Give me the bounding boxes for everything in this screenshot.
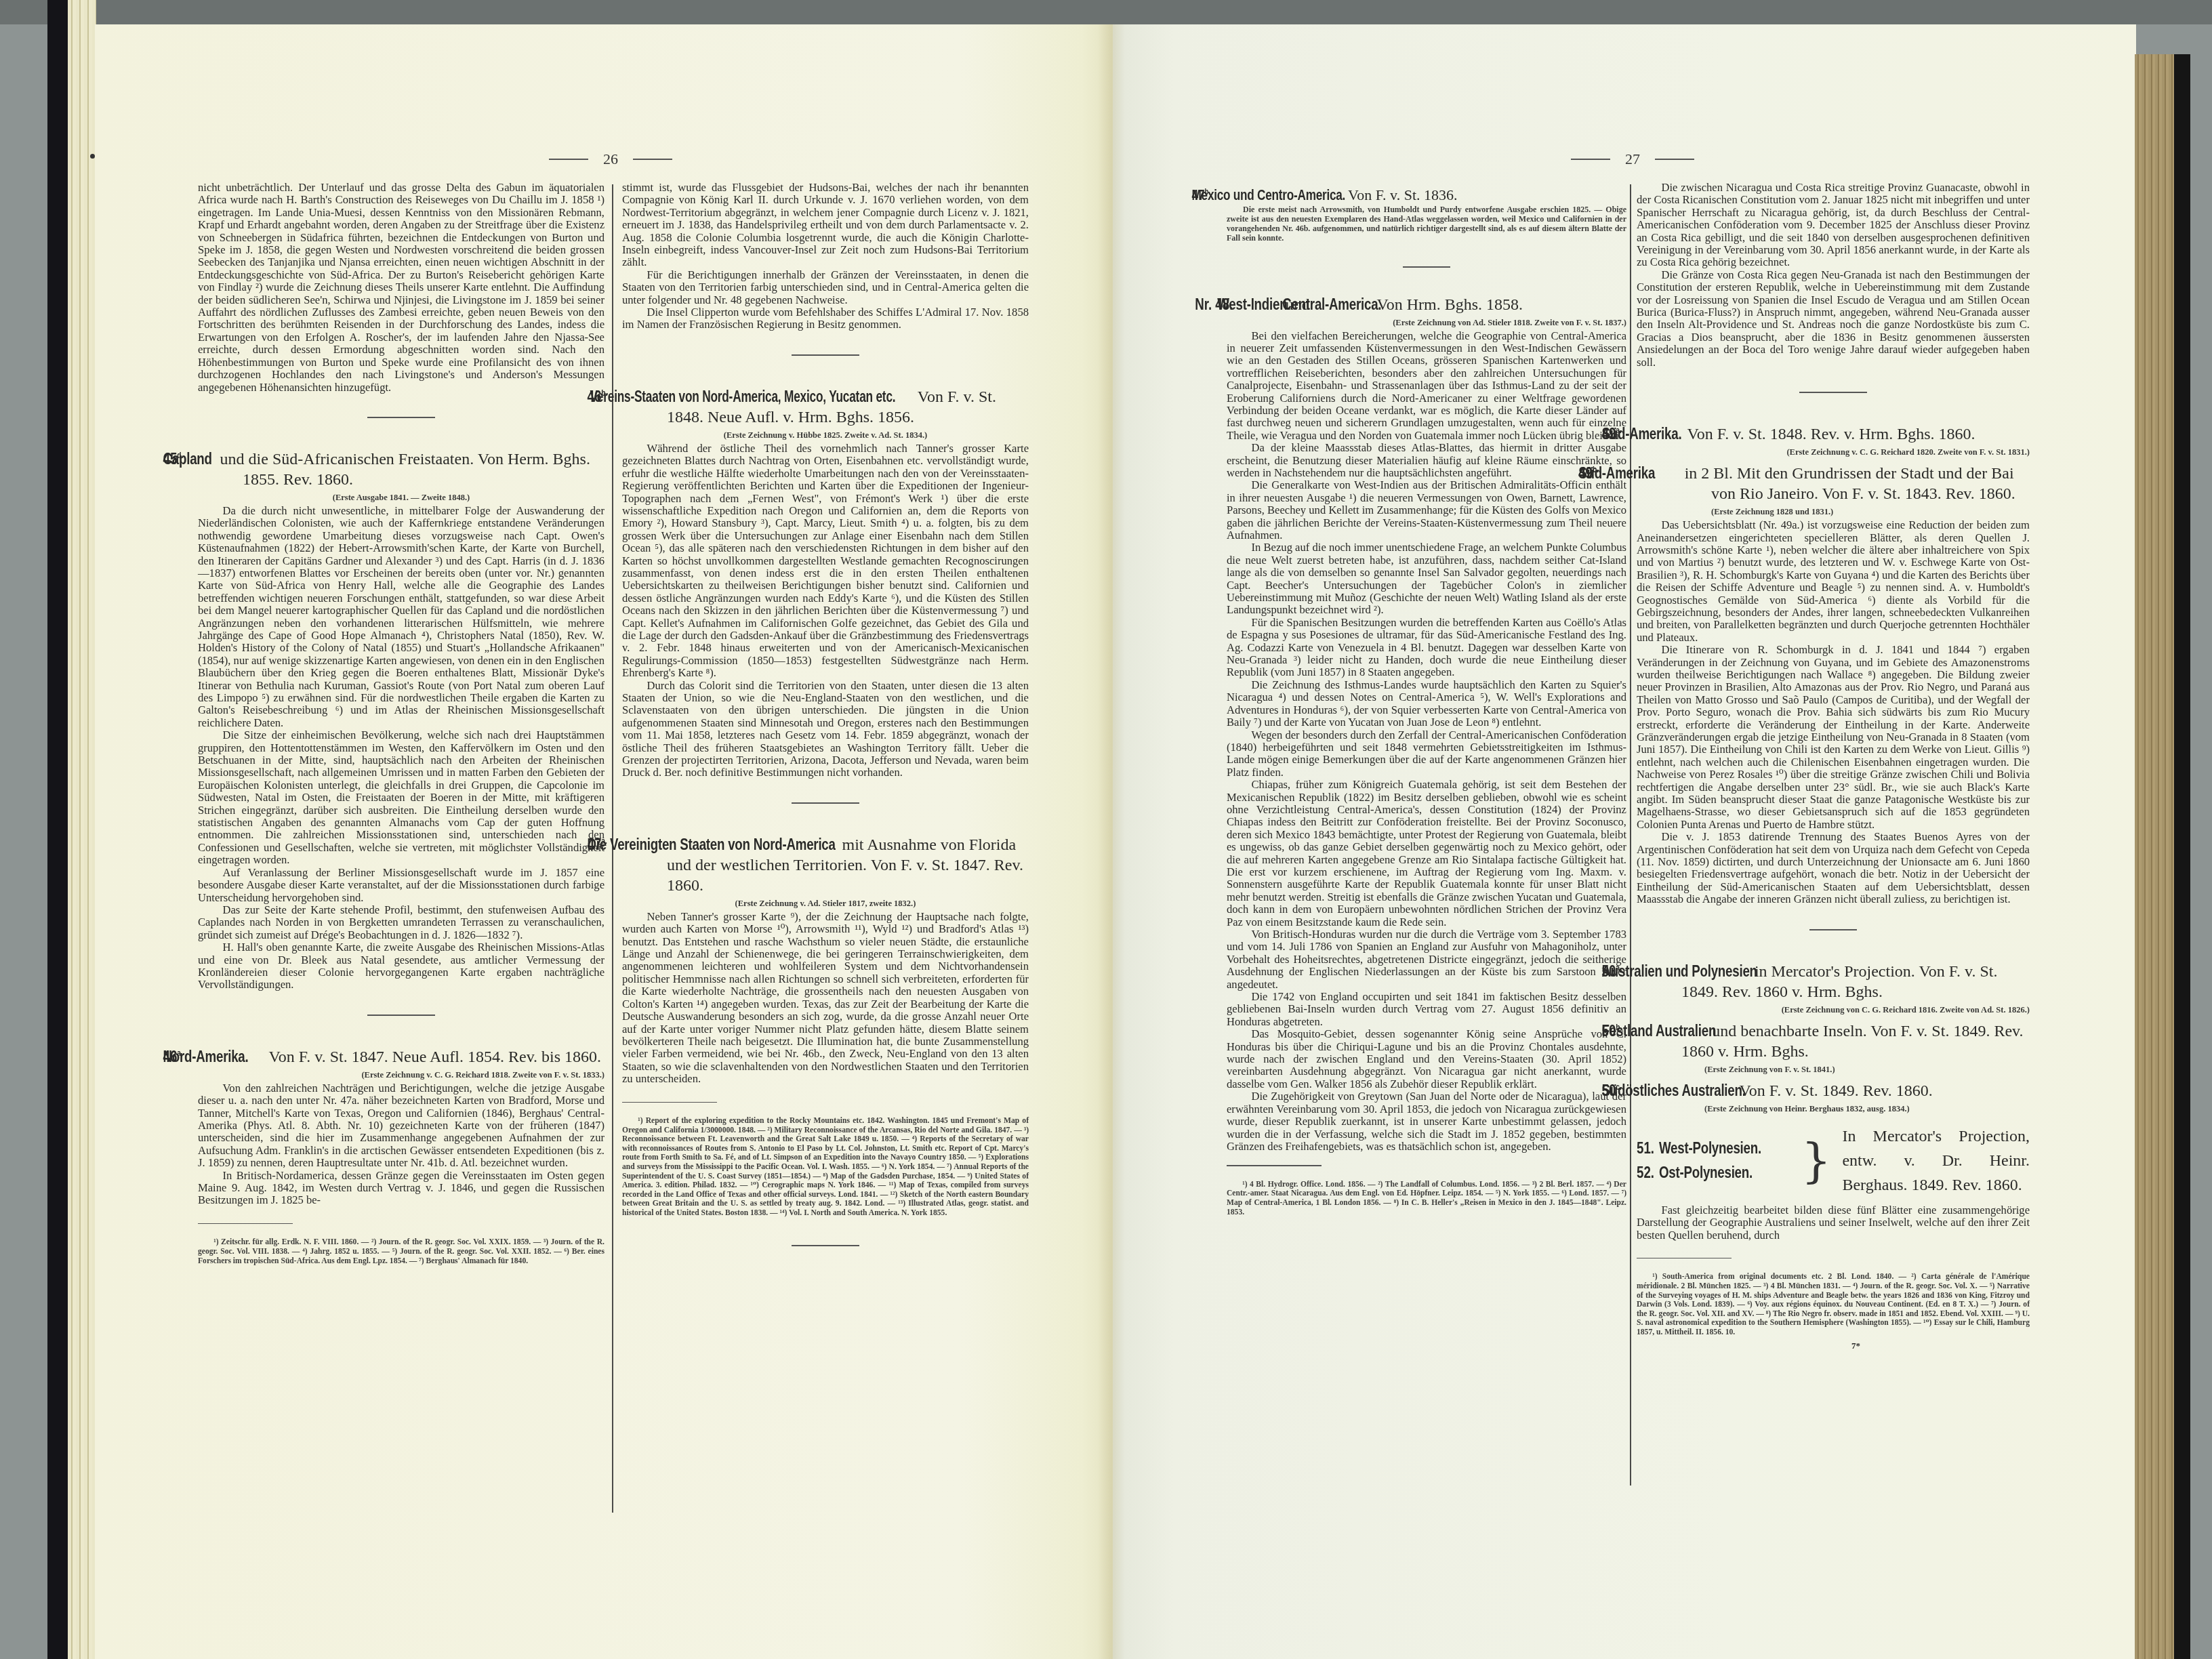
paragraph: Da die durch nicht unwesentliche, in mit… xyxy=(198,505,605,729)
paragraph: Für die Spanischen Besitzungen wurden di… xyxy=(1227,617,1626,679)
paragraph: Neben Tanner's grosser Karte ⁹), der die… xyxy=(622,911,1029,1086)
shared-description: In Mercator's Projection, entw. v. Dr. H… xyxy=(1842,1124,2030,1197)
section-separator xyxy=(367,1015,435,1016)
source-note: (Erste Zeichnung v. C. G. Reichard 1820.… xyxy=(1637,446,2030,458)
page-header-left: 26 xyxy=(549,150,672,168)
paragraph: Von den zahlreichen Nachträgen und Beric… xyxy=(198,1082,605,1170)
paragraph: stimmt ist, wurde das Flussgebiet der Hu… xyxy=(622,182,1029,269)
paragraph: Die Zeichnung des Isthmus-Landes wurde h… xyxy=(1227,679,1626,729)
paragraph: Die Zugehörigkeit von Greytown (San Juan… xyxy=(1227,1090,1626,1153)
section-separator xyxy=(1403,266,1450,268)
footnote-rule xyxy=(198,1223,293,1225)
section-separator xyxy=(1799,392,1867,393)
source-note: (Erste Zeichnung von C. G. Reichard 1816… xyxy=(1637,1004,2030,1016)
book-gutter xyxy=(1098,24,1125,1659)
paragraph: Wegen der besonders durch den Zerfall de… xyxy=(1227,729,1626,779)
page-number-right: 27 xyxy=(1625,150,1640,168)
source-note: (Erste Zeichnung von F. v. St. 1841.) xyxy=(1637,1063,2030,1076)
section-separator xyxy=(1809,929,1857,930)
paragraph: Die Insel Clipperton wurde vom Befehlsha… xyxy=(622,306,1029,331)
header-rule xyxy=(1655,159,1694,160)
column-4: Die zwischen Nicaragua und Costa Rica st… xyxy=(1637,182,2030,1352)
book-cover-left xyxy=(47,0,70,1659)
footnote-rule xyxy=(1227,1165,1322,1166)
column-1: nicht unbeträchtlich. Der Unterlauf und … xyxy=(198,182,605,1265)
paragraph: Durch das Colorit sind die Territorien v… xyxy=(622,680,1029,779)
source-note: (Erste Zeichnung v. Ad. Stieler 1817, zw… xyxy=(622,897,1029,909)
paragraph: Die zwischen Nicaragua und Costa Rica st… xyxy=(1637,182,2030,269)
paragraph: Die 1742 von England occupirten und seit… xyxy=(1227,991,1626,1028)
entry-title: 50b. Festland Australien und benachbarte… xyxy=(1637,1017,2030,1062)
entry-50b: 50b. Festland Australien und benachbarte… xyxy=(1637,1017,2030,1076)
entry-49a: 49a. Süd-Amerika. Von F. v. St. 1848. Re… xyxy=(1637,420,2030,458)
entry-title: Nr. 48. West-Indien und Central-America.… xyxy=(1227,295,1626,315)
footnotes: ¹) South-America from original documents… xyxy=(1637,1272,2030,1336)
column-3: 47b. Mexico und Centro-America. Von F. v… xyxy=(1227,182,1626,1216)
paragraph: Die v. J. 1853 datirende Trennung des St… xyxy=(1637,831,2030,905)
paragraph: Die Itinerare von R. Schomburgk in d. J.… xyxy=(1637,644,2030,831)
footnotes: ¹) Report of the exploring expedition to… xyxy=(622,1116,1029,1218)
source-note: (Erste Zeichnung von Heinr. Berghaus 183… xyxy=(1637,1103,2030,1115)
entry-50c: 50c. Südöstliches Australien. Von F. v. … xyxy=(1637,1077,2030,1115)
paragraph: Die Generalkarte von West-Indien aus der… xyxy=(1227,479,1626,541)
paragraph: Die Sitze der einheimischen Bevölkerung,… xyxy=(198,729,605,866)
entry-title: 47b. Mexico und Centro-America. Von F. v… xyxy=(1227,182,1626,205)
paragraph: Von Britisch-Honduras wurden nur die dur… xyxy=(1227,928,1626,991)
paragraph: Das Mosquito-Gebiet, dessen sogenannter … xyxy=(1227,1028,1626,1090)
source-note: (Erste Zeichnung v. C. G. Reichard 1818.… xyxy=(198,1069,605,1081)
paragraph: Für die Berichtigungen innerhalb der Grä… xyxy=(622,269,1029,306)
page-edges-right xyxy=(2135,54,2177,1659)
source-note: (Erste Zeichnung von Ad. Stieler 1818. Z… xyxy=(1227,316,1626,329)
paragraph: In Bezug auf die noch immer unentschiede… xyxy=(1227,541,1626,616)
paragraph: In Britisch-Nordamerica, dessen Gränze g… xyxy=(198,1170,605,1207)
entry-46a: 46a. Nord-Amerika. Von F. v. St. 1847. N… xyxy=(198,1043,605,1207)
section-separator xyxy=(367,417,435,418)
section-separator xyxy=(792,802,859,804)
entry-50a: 50a. Australien und Polynesien in Mercat… xyxy=(1637,958,2030,1016)
paragraph: Bei den vielfachen Bereicherungen, welch… xyxy=(1227,330,1626,443)
paragraph: Während der östliche Theil des vornehmli… xyxy=(622,443,1029,680)
brace-icon: } xyxy=(1801,1137,1832,1185)
entry-title: 46a. Nord-Amerika. Von F. v. St. 1847. N… xyxy=(198,1043,605,1067)
entry-49bc: 49b. 49c. Süd-Amerika in 2 Bl. Mit den G… xyxy=(1637,459,2030,906)
margin-mark xyxy=(90,154,95,159)
paragraph: Da der kleine Maassstab dieses Atlas-Bla… xyxy=(1227,442,1626,479)
paragraph: Das Uebersichtsblatt (Nr. 49a.) ist vorz… xyxy=(1637,519,2030,644)
entry-46b: 46b. Vereins-Staaten von Nord-America, M… xyxy=(622,383,1029,779)
entry-title: 50a. Australien und Polynesien in Mercat… xyxy=(1637,958,2030,1002)
entry-titles: 51. West-Polynesien. 52. Ost-Polynesien. xyxy=(1637,1136,1790,1185)
source-note: (Erste Zeichnung v. Hübbe 1825. Zweite v… xyxy=(622,429,1029,441)
entry-47b: 47b. Mexico und Centro-America. Von F. v… xyxy=(1227,182,1626,243)
header-rule xyxy=(549,159,588,160)
header-rule xyxy=(633,159,672,160)
paragraph: H. Hall's oben genannte Karte, die zweit… xyxy=(198,941,605,991)
source-note: (Erste Zeichnung 1828 und 1831.) xyxy=(1637,506,2030,518)
paragraph: Das zur Seite der Karte stehende Profil,… xyxy=(198,904,605,941)
page-header-right: 27 xyxy=(1571,150,1694,168)
signature-mark: 7* xyxy=(1637,1340,1860,1352)
column-2: stimmt ist, wurde das Flussgebiet der Hu… xyxy=(622,182,1029,1273)
paragraph: Fast gleichzeitig bearbeitet bilden dies… xyxy=(1637,1204,2030,1242)
paragraph: Die Gränze von Costa Rica gegen Neu-Gran… xyxy=(1637,269,2030,369)
footnotes: ¹) 4 Bl. Hydrogr. Office. Lond. 1856. — … xyxy=(1227,1180,1626,1216)
footnote-rule xyxy=(1637,1258,1732,1259)
section-separator xyxy=(792,1245,859,1246)
paragraph: nicht unbeträchtlich. Der Unterlauf und … xyxy=(198,182,605,394)
entry-title: 47a. Die Vereinigten Staaten von Nord-Am… xyxy=(622,831,1029,896)
paragraph: Auf Veranlassung der Berliner Missionsge… xyxy=(198,867,605,904)
section-separator xyxy=(792,354,859,356)
entry-48: Nr. 48. West-Indien und Central-America.… xyxy=(1227,295,1626,1153)
header-rule xyxy=(1571,159,1610,160)
entry-45d: 45d. Capland und die Süd-Africanischen F… xyxy=(198,445,605,991)
footnote-rule xyxy=(622,1102,717,1103)
entry-title: 50c. Südöstliches Australien. Von F. v. … xyxy=(1637,1077,2030,1101)
entry-title: 45d. Capland und die Süd-Africanischen F… xyxy=(198,445,605,490)
column-divider-right xyxy=(1630,184,1631,1486)
paragraph: Chiapas, früher zum Königreich Guatemala… xyxy=(1227,779,1626,928)
entry-47a: 47a. Die Vereinigten Staaten von Nord-Am… xyxy=(622,831,1029,1086)
entry-title: 49a. Süd-Amerika. Von F. v. St. 1848. Re… xyxy=(1637,420,2030,445)
book-cover-right xyxy=(2174,54,2190,1659)
entry-title: 46b. Vereins-Staaten von Nord-America, M… xyxy=(622,383,1029,428)
footnotes: ¹) Zeitschr. für allg. Erdk. N. F. VIII.… xyxy=(198,1237,605,1265)
page-edges-left xyxy=(68,0,96,1659)
background-surface xyxy=(0,0,2212,24)
source-note: (Erste Ausgabe 1841. — Zweite 1848.) xyxy=(198,491,605,504)
entry-51-52: 51. West-Polynesien. 52. Ost-Polynesien.… xyxy=(1637,1124,2030,1197)
entry-title: 49b. 49c. Süd-Amerika in 2 Bl. Mit den G… xyxy=(1637,459,2030,504)
entry-note: Die erste meist nach Arrowsmith, von Hum… xyxy=(1227,205,1626,243)
page-number-left: 26 xyxy=(603,150,618,168)
